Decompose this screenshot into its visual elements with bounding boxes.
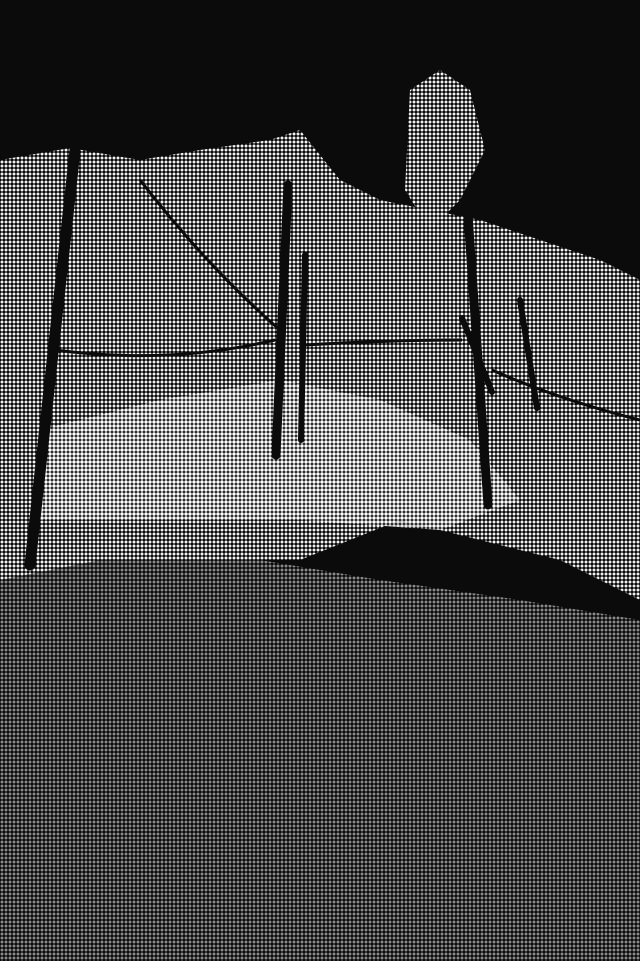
halftone-photo — [0, 0, 640, 961]
fence-posts — [0, 0, 640, 961]
